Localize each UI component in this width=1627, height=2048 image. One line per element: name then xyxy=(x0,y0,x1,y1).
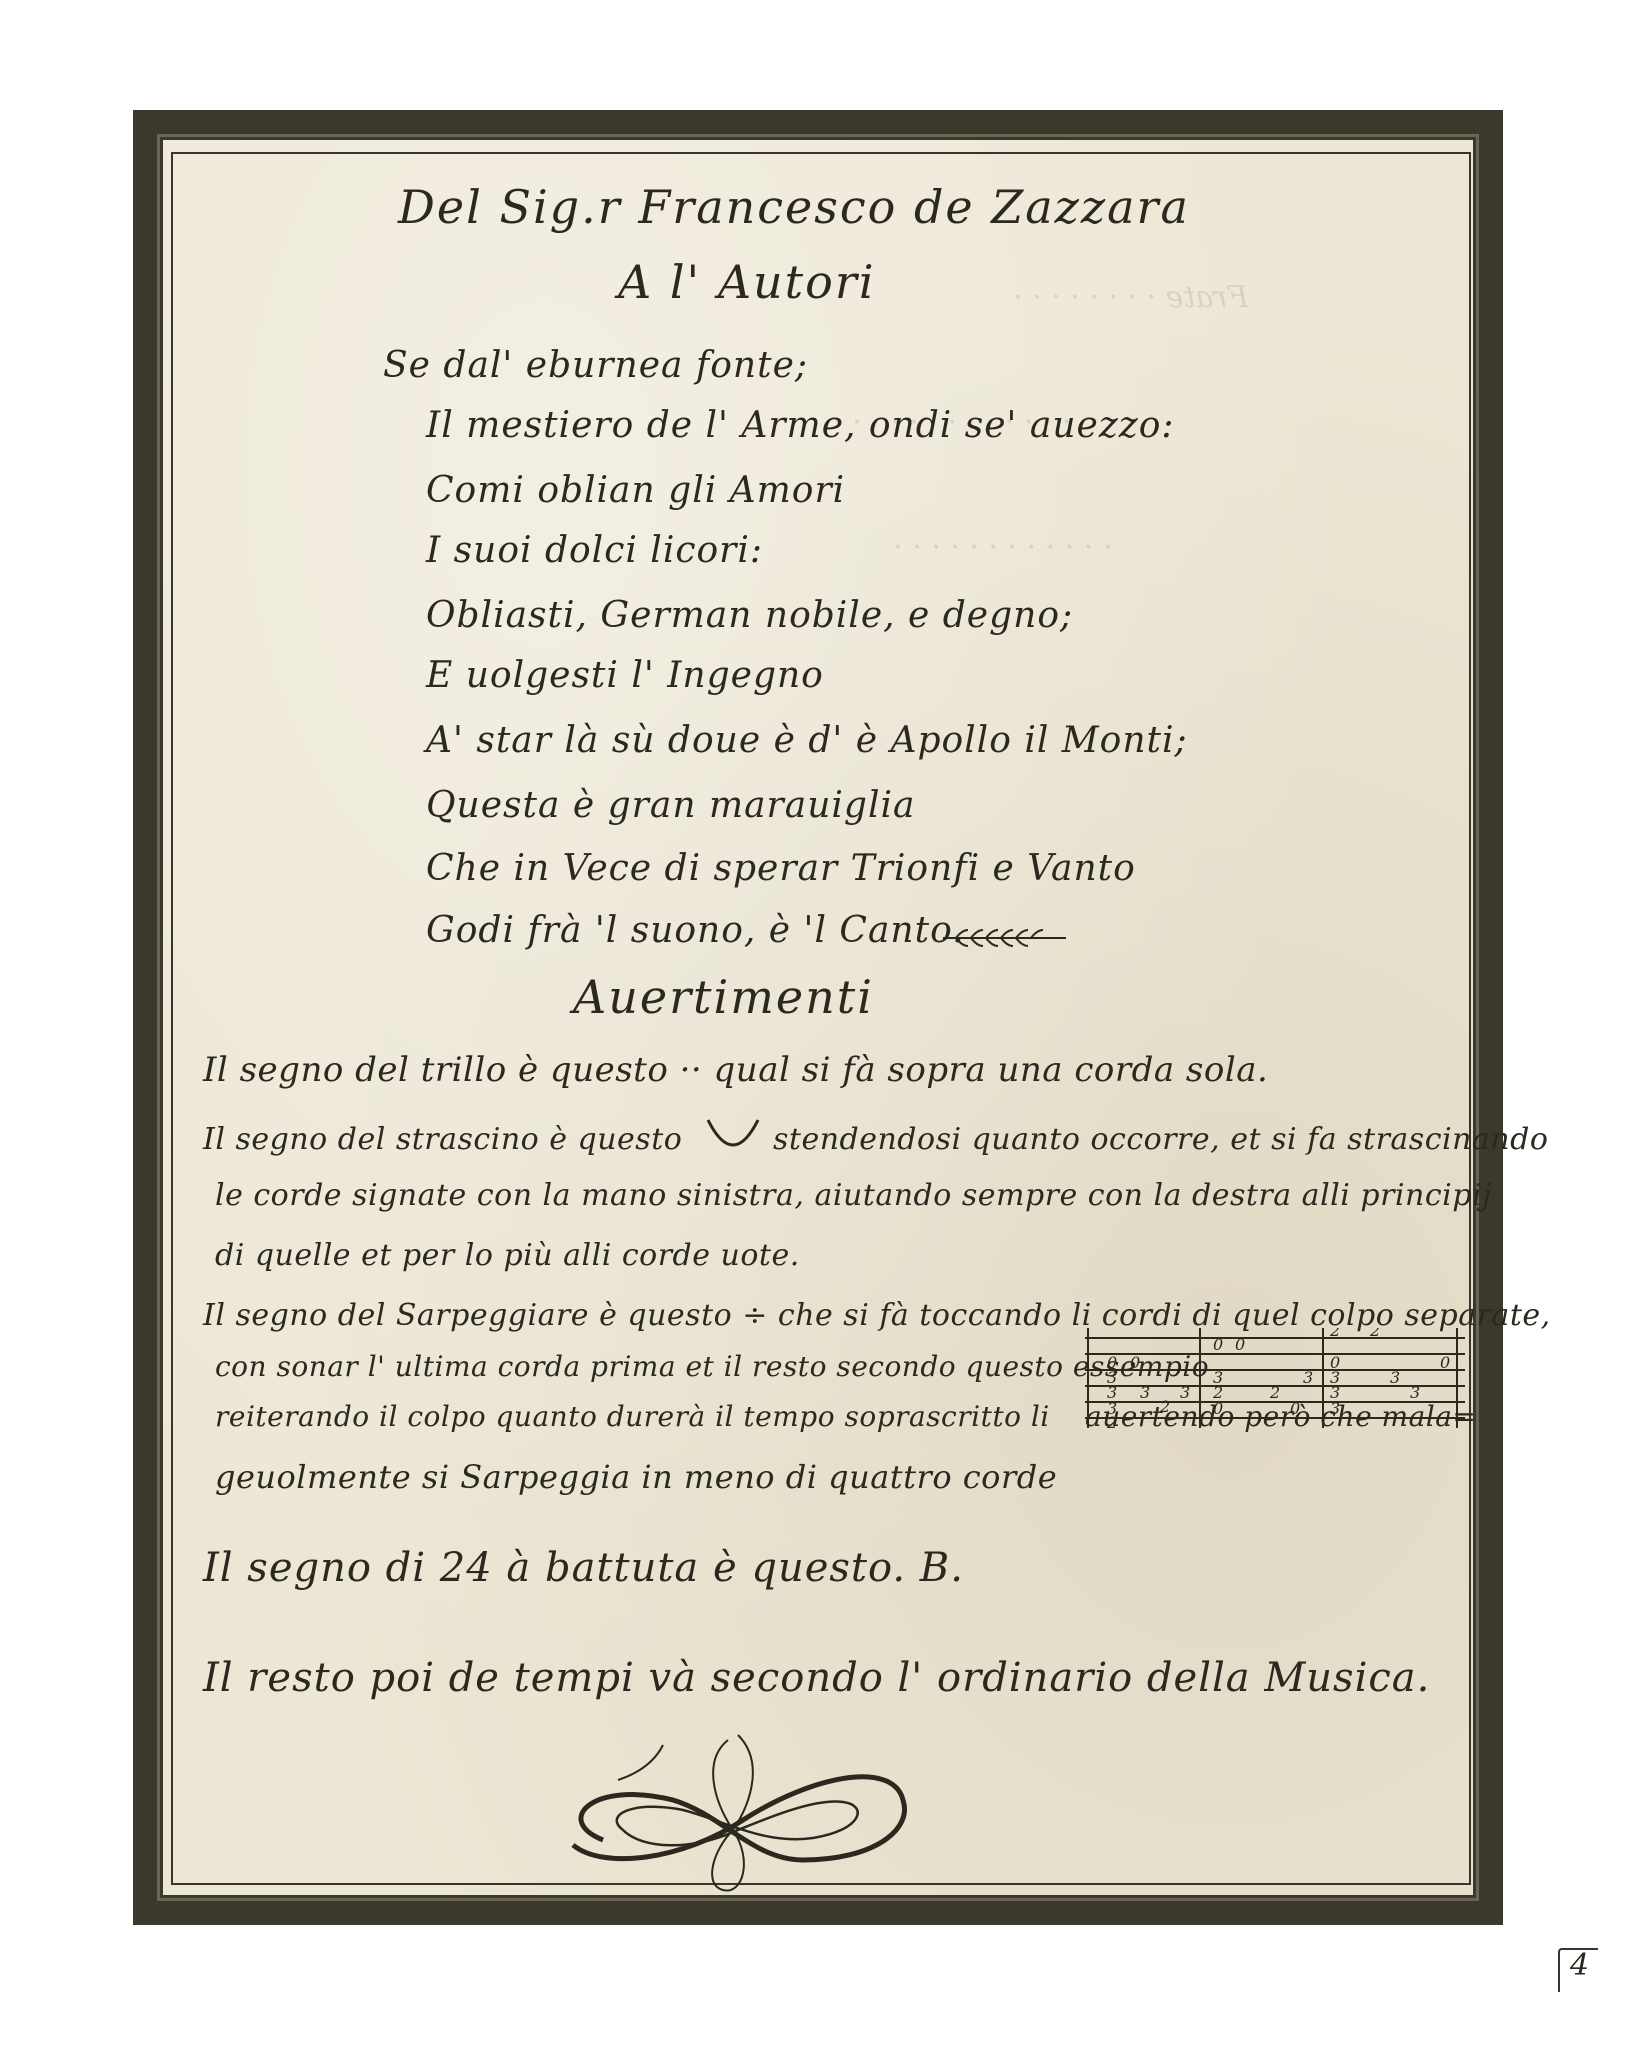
poem-line: Se dal' eburnea fonte; xyxy=(383,345,808,386)
calligraphic-flourish-icon xyxy=(563,1720,923,1900)
strascino-instruction-line: di quelle et per lo più alli corde uote. xyxy=(215,1238,800,1273)
battuta-instruction: Il segno di 24 à battuta è questo. B. xyxy=(203,1545,964,1591)
poem-line: E uolgesti l' Ingegno xyxy=(426,655,824,696)
lute-tablature-example: 00 3332 323 00 320 203 22 0333 330 xyxy=(1085,1328,1470,1433)
manuscript-page: Frate · · · · · · · · · · · · · · · · · … xyxy=(133,110,1503,1925)
sprig-ornament-icon xyxy=(941,922,1071,952)
avvertimenti-heading: Auertimenti xyxy=(573,970,874,1024)
bleed-through-text: Frate · · · · · · · · xyxy=(1013,280,1248,315)
tempi-instruction: Il resto poi de tempi và secondo l' ordi… xyxy=(203,1655,1430,1701)
trill-instruction: Il segno del trillo è questo ·· qual si … xyxy=(203,1050,1268,1090)
arpeggio-instruction-line: geuolmente si Sarpeggia in meno di quatt… xyxy=(215,1458,1057,1496)
svg-text:0: 0 xyxy=(1290,1399,1300,1418)
arpeggio-instruction-line: reiterando il colpo quanto durerà il tem… xyxy=(215,1400,1050,1433)
svg-text:2: 2 xyxy=(1369,1328,1380,1340)
poem-line: A' star là sù doue è d' è Apollo il Mont… xyxy=(426,720,1188,761)
svg-text:2: 2 xyxy=(1329,1328,1340,1340)
strascino-instruction-start: Il segno del strascino è questo xyxy=(203,1122,682,1157)
svg-text:0: 0 xyxy=(1440,1353,1450,1372)
poem-line: Questa è gran marauiglia xyxy=(426,785,915,826)
svg-text:3: 3 xyxy=(1410,1383,1420,1402)
svg-text:3: 3 xyxy=(1390,1368,1400,1387)
svg-text:3: 3 xyxy=(1180,1383,1190,1402)
svg-text:3: 3 xyxy=(1303,1368,1313,1387)
arpeggio-instruction-line: con sonar l' ultima corda prima et il re… xyxy=(215,1350,1209,1383)
svg-text:0: 0 xyxy=(1213,1335,1223,1354)
svg-text:0: 0 xyxy=(1235,1335,1245,1354)
svg-text:0: 0 xyxy=(1130,1353,1140,1372)
bleed-through-text: · · · · · · · · · · · · xyxy=(893,530,1112,565)
svg-text:2: 2 xyxy=(1269,1383,1280,1402)
title-line-2: A l' Autori xyxy=(618,255,876,309)
poem-line: Che in Vece di sperar Trionfi e Vanto xyxy=(426,848,1136,889)
svg-text:2: 2 xyxy=(1106,1413,1117,1432)
strascino-instruction-line: le corde signate con la mano sinistra, a… xyxy=(215,1178,1492,1213)
title-line-1: Del Sig.r Francesco de Zazzara xyxy=(398,180,1190,234)
svg-text:2: 2 xyxy=(1159,1397,1170,1416)
svg-text:3: 3 xyxy=(1140,1383,1150,1402)
poem-line: Obliasti, German nobile, e degno; xyxy=(426,595,1073,636)
poem-line: Il mestiero de l' Arme, ondi se' auezzo: xyxy=(426,405,1175,446)
strascino-slur-icon xyxy=(703,1115,763,1165)
page-number: 4 xyxy=(1570,1948,1589,1983)
poem-line: I suoi dolci licori: xyxy=(426,530,763,571)
poem-line: Godi frà 'l suono, è 'l Canto. xyxy=(426,910,965,951)
poem-line: Comi oblian gli Amori xyxy=(426,470,845,511)
svg-text:3: 3 xyxy=(1330,1399,1340,1418)
strascino-instruction-cont: stendendosi quanto occorre, et si fa str… xyxy=(773,1122,1548,1157)
svg-text:0: 0 xyxy=(1213,1399,1223,1418)
